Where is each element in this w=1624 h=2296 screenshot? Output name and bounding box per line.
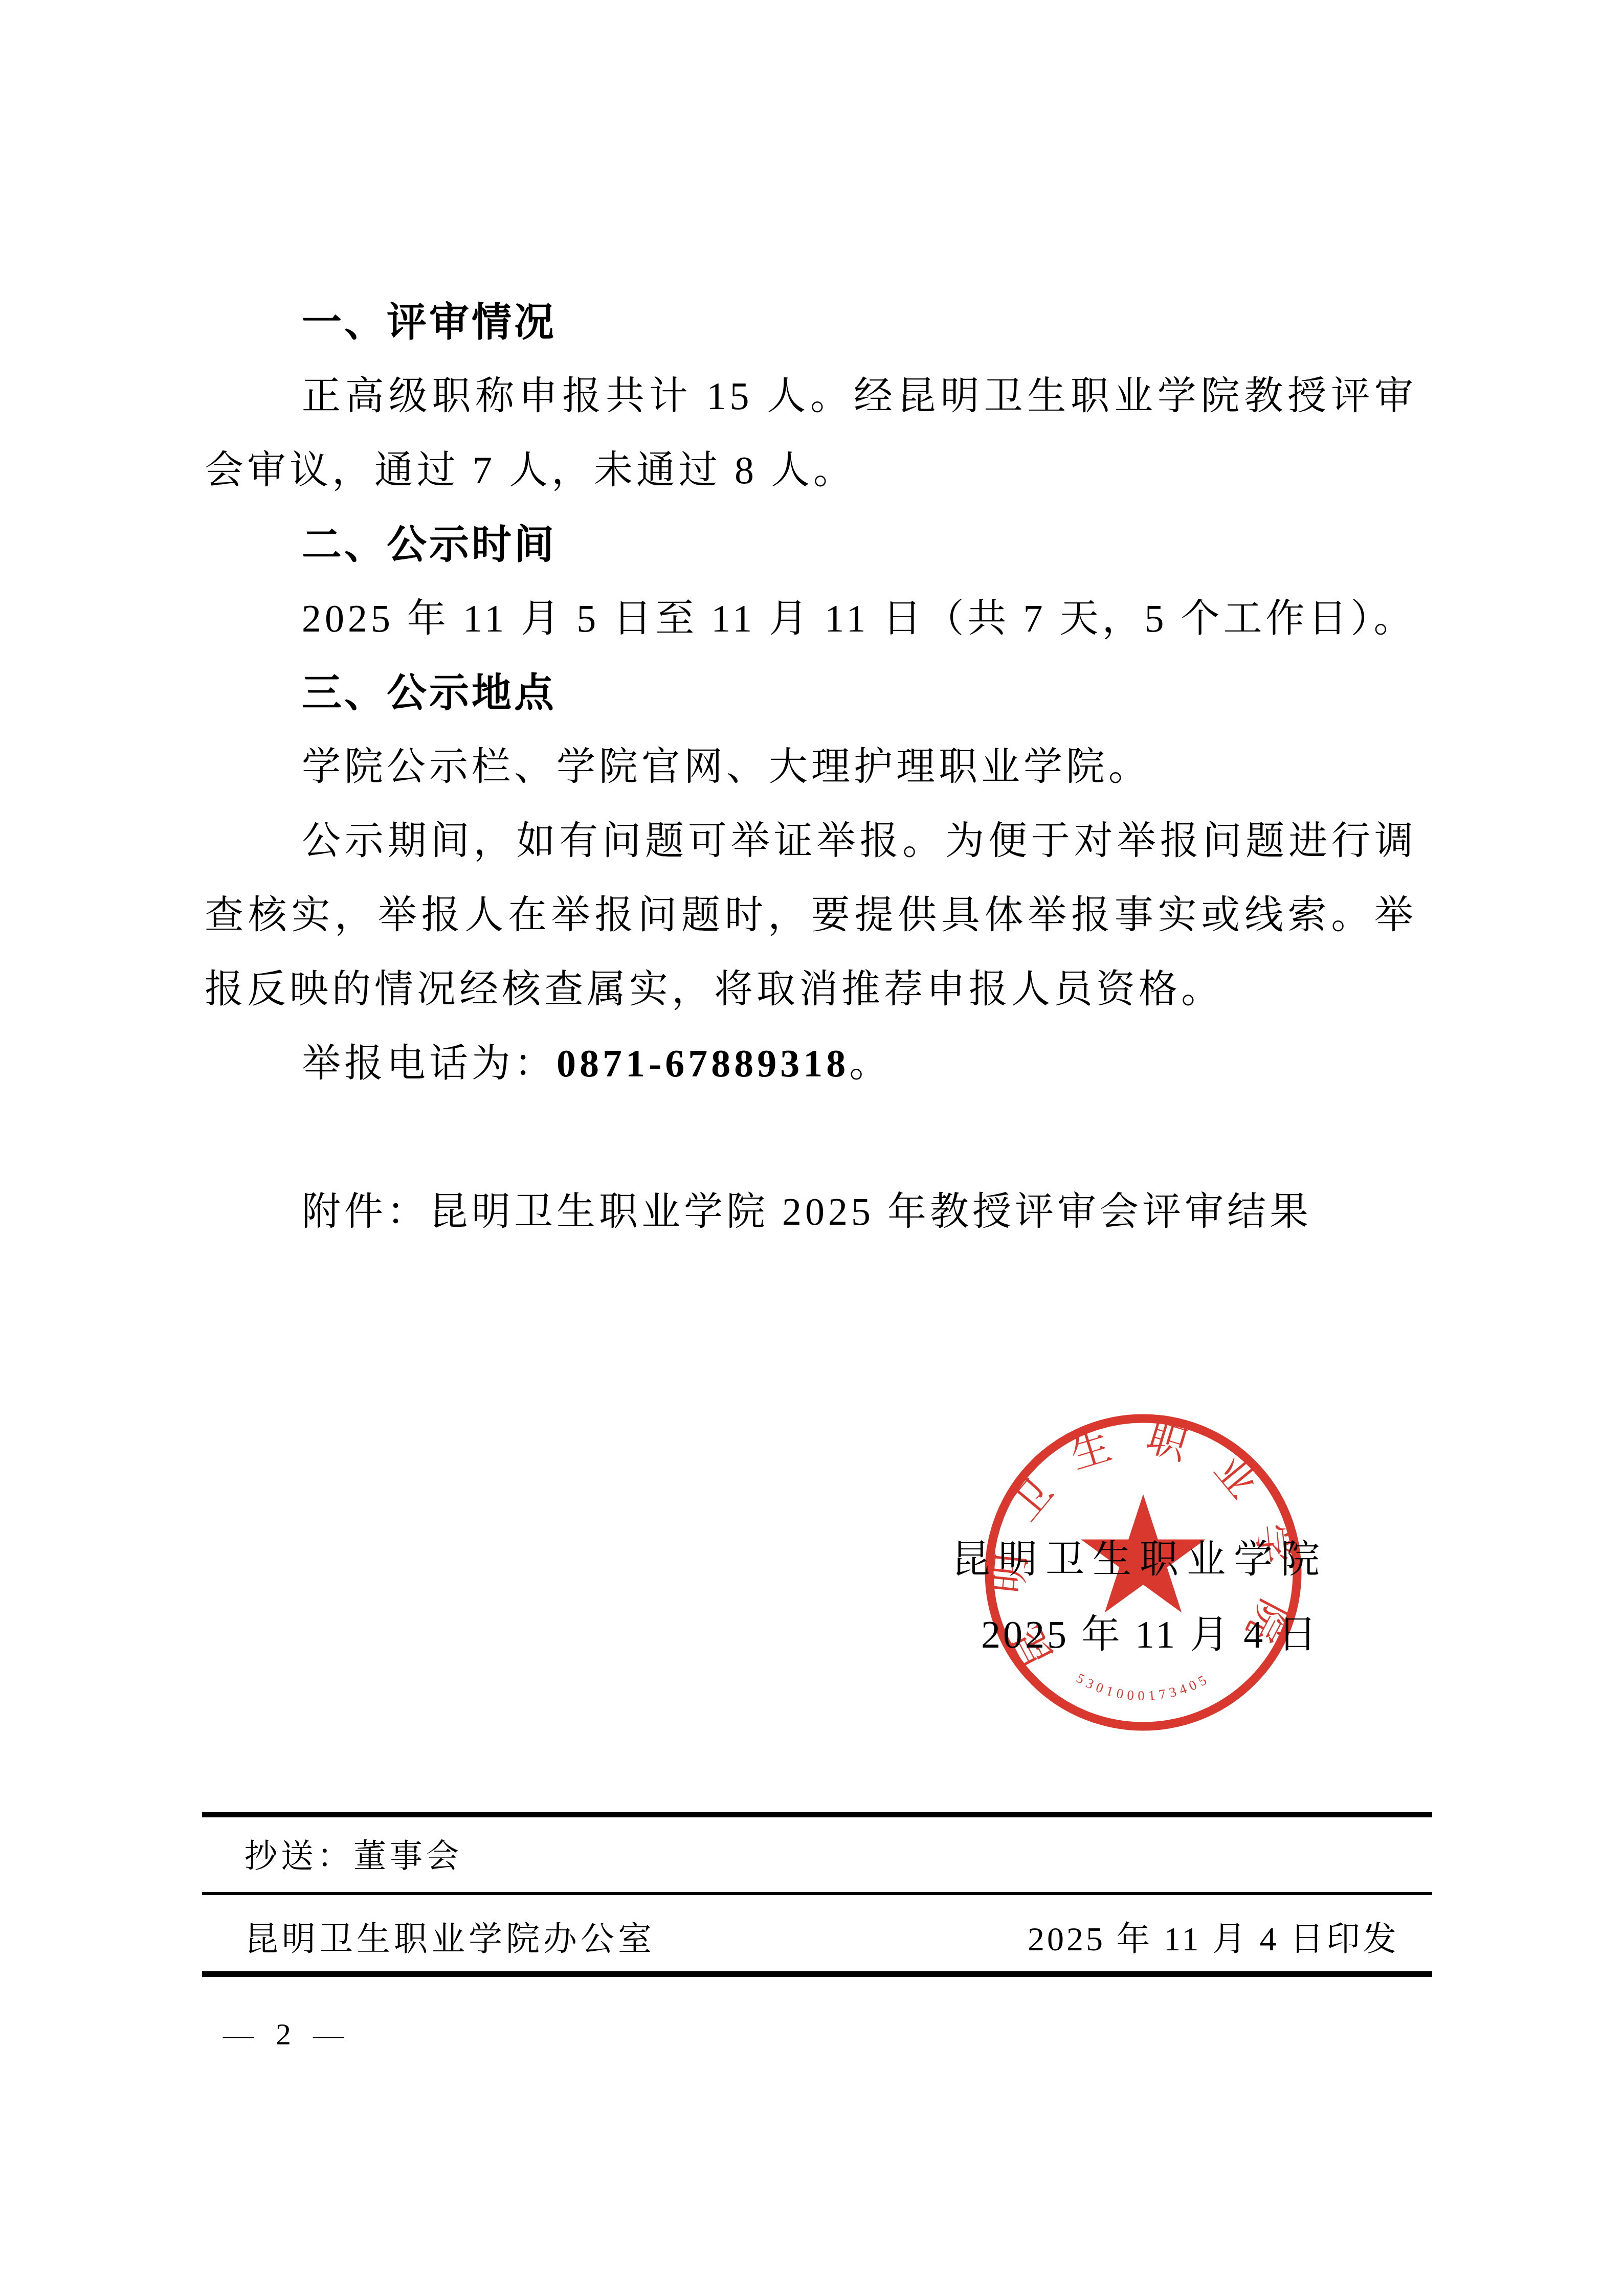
footer-separator-top: [202, 1812, 1432, 1817]
blank-line: [205, 1101, 1417, 1175]
body-line: 查核实，举报人在举报问题时，要提供具体举报事实或线索。举: [205, 879, 1417, 953]
report-phone-line: 举报电话为：0871-67889318。: [205, 1027, 1417, 1101]
section-heading-location: 三、公示地点: [205, 656, 1417, 730]
seal-star-icon: [1081, 1494, 1205, 1613]
section-heading-review: 一、评审情况: [205, 285, 1417, 359]
body-line: 2025 年 11 月 5 日至 11 月 11 日（共 7 天，5 个工作日）…: [205, 582, 1417, 656]
footer-issuing-office: 昆明卫生职业学院办公室: [244, 1911, 655, 1968]
phone-label: 举报电话为：: [302, 1042, 557, 1085]
body-line: 会审议，通过 7 人，未通过 8 人。: [205, 434, 1417, 508]
footer-separator-middle: [202, 1892, 1432, 1895]
phone-suffix: 。: [849, 1042, 892, 1085]
phone-number: 0871-67889318: [557, 1042, 849, 1085]
svg-text:5301000173405: 5301000173405: [1074, 1670, 1212, 1703]
body-line: 公示期间，如有问题可举证举报。为便于对举报问题进行调: [205, 804, 1417, 879]
footer-cc-line: 抄送：董事会: [244, 1828, 462, 1884]
section-heading-time: 二、公示时间: [205, 508, 1417, 582]
document-body: 一、评审情况 正高级职称申报共计 15 人。经昆明卫生职业学院教授评审 会审议，…: [205, 285, 1417, 1249]
official-seal: 昆明卫生职业学院 5301000173405: [980, 1409, 1307, 1736]
body-line: 正高级职称申报共计 15 人。经昆明卫生职业学院教授评审: [205, 359, 1417, 434]
footer-separator-bottom: [202, 1971, 1432, 1977]
footer-print-date: 2025 年 11 月 4 日印发: [1028, 1911, 1399, 1968]
body-line: 学院公示栏、学院官网、大理护理职业学院。: [205, 730, 1417, 804]
attachment-line: 附件：昆明卫生职业学院 2025 年教授评审会评审结果: [205, 1175, 1417, 1249]
seal-serial-number: 5301000173405: [1074, 1670, 1212, 1703]
body-line: 报反映的情况经核查属实，将取消推荐申报人员资格。: [205, 953, 1417, 1027]
document-page: 一、评审情况 正高级职称申报共计 15 人。经昆明卫生职业学院教授评审 会审议，…: [0, 0, 1624, 2296]
page-number: — 2 —: [223, 2009, 351, 2060]
